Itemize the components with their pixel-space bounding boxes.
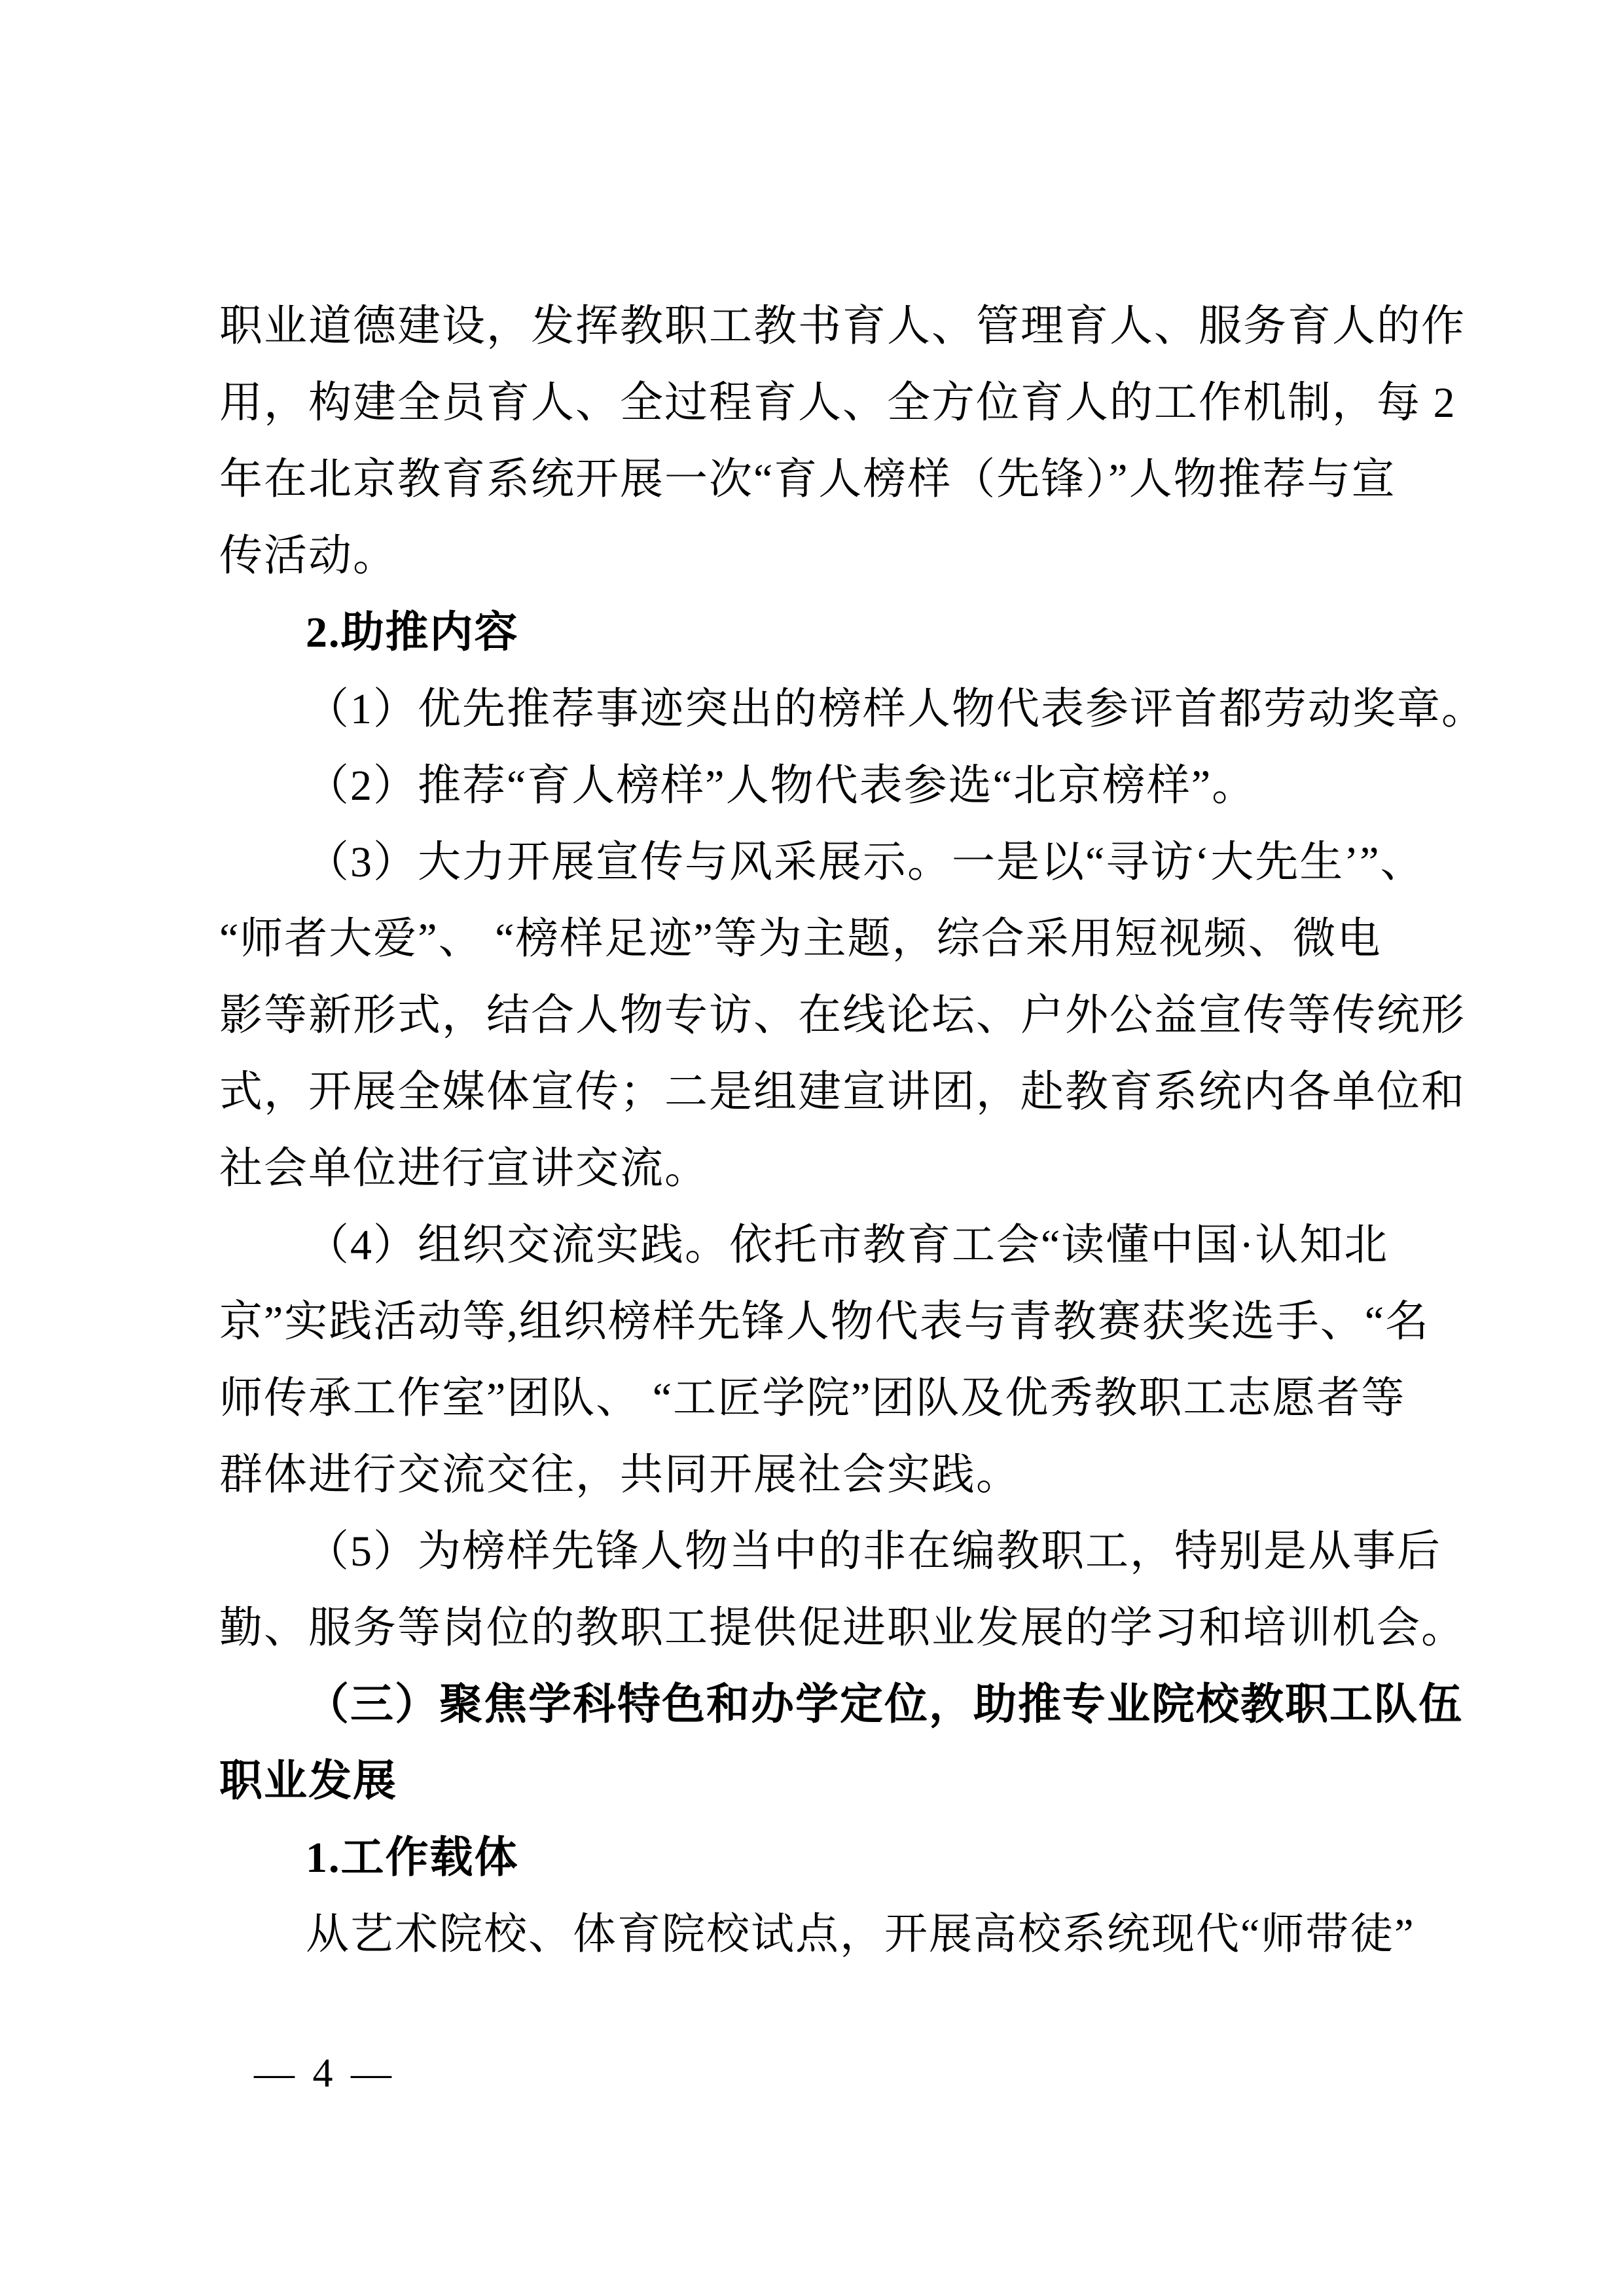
text-line-14: 京”实践活动等,组织榜样先锋人物代表与青教赛获奖选手、“名 [219,1283,1437,1360]
text-line-9: “师者大爱”、 “榜样足迹”等为主题，综合采用短视频、微电 [219,901,1437,977]
document-page: 职业道德建设，发挥教职工教书育人、管理育人、服务育人的作用，构建全员育人、全过程… [0,0,1624,2296]
text-line-3: 年在北京教育系统开展一次“育人榜样（先锋）”人物推荐与宣 [219,441,1437,518]
text-line-22: 从艺术院校、体育院校试点，开展高校系统现代“师带徒” [219,1896,1437,1973]
text-line-5: 2.助推内容 [219,594,1437,671]
text-line-10: 影等新形式，结合人物专访、在线论坛、户外公益宣传等传统形 [219,977,1437,1054]
text-line-21: 1.工作载体 [219,1820,1437,1896]
text-line-11: 式，开展全媒体宣传；二是组建宣讲团，赴教育系统内各单位和 [219,1054,1437,1130]
text-line-8: （3）大力开展宣传与风采展示。一是以“寻访‘大先生’”、 [219,824,1437,901]
text-line-17: （5）为榜样先锋人物当中的非在编教职工，特别是从事后 [219,1513,1437,1590]
text-line-18: 勤、服务等岗位的教职工提供促进职业发展的学习和培训机会。 [219,1590,1437,1666]
text-line-6: （1）优先推荐事迹突出的榜样人物代表参评首都劳动奖章。 [219,671,1437,747]
text-line-1: 职业道德建设，发挥教职工教书育人、管理育人、服务育人的作 [219,288,1437,365]
page-number: — 4 — [254,2041,395,2106]
text-line-16: 群体进行交流交往，共同开展社会实践。 [219,1437,1437,1513]
text-line-2: 用，构建全员育人、全过程育人、全方位育人的工作机制，每 2 [219,365,1437,441]
text-line-7: （2）推荐“育人榜样”人物代表参选“北京榜样”。 [219,747,1437,824]
text-line-12: 社会单位进行宣讲交流。 [219,1130,1437,1207]
document-body: 职业道德建设，发挥教职工教书育人、管理育人、服务育人的作用，构建全员育人、全过程… [219,288,1437,1973]
text-line-19: （三）聚焦学科特色和办学定位，助推专业院校教职工队伍 [219,1666,1437,1743]
text-line-13: （4）组织交流实践。依托市教育工会“读懂中国·认知北 [219,1207,1437,1283]
text-line-20: 职业发展 [219,1743,1437,1820]
text-line-15: 师传承工作室”团队、 “工匠学院”团队及优秀教职工志愿者等 [219,1360,1437,1437]
text-line-4: 传活动。 [219,518,1437,594]
